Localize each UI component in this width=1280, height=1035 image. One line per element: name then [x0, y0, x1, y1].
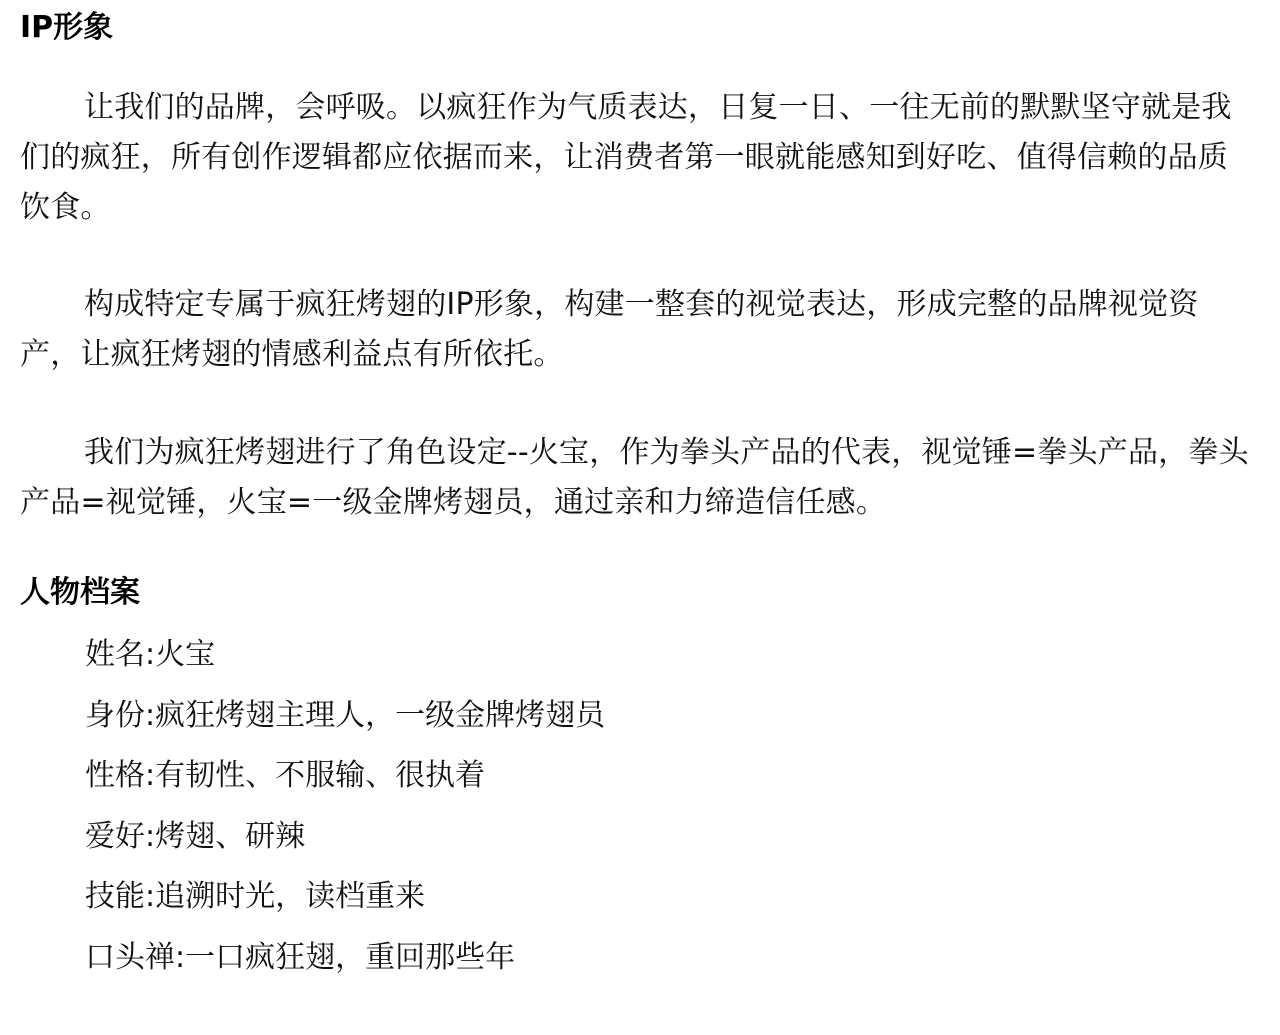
profile-value: 有韧性、不服输、很执着 [155, 758, 485, 793]
profile-value: 疯狂烤翅主理人，一级金牌烤翅员 [155, 698, 605, 733]
profile-value: 一口疯狂翅，重回那些年 [185, 940, 515, 975]
profile-value: 追溯时光，读档重来 [155, 879, 425, 914]
profile-label: 技能: [85, 879, 155, 914]
profile-label: 性格: [85, 758, 155, 793]
profile-item-identity: 身份:疯狂烤翅主理人，一级金牌烤翅员 [85, 691, 605, 752]
profile-label: 姓名: [85, 637, 155, 672]
profile-item-personality: 性格:有韧性、不服输、很执着 [85, 751, 605, 812]
profile-value: 烤翅、研辣 [155, 819, 305, 854]
profile-label: 口头禅: [85, 940, 185, 975]
profile-item-catchphrase: 口头禅:一口疯狂翅，重回那些年 [85, 933, 605, 994]
profile-value: 火宝 [155, 637, 215, 672]
profile-item-skills: 技能:追溯时光，读档重来 [85, 872, 605, 933]
profile-item-hobbies: 爱好:烤翅、研辣 [85, 812, 605, 873]
section-title-character-profile: 人物档案 [20, 573, 140, 613]
section-title-ip-image: IP形象 [20, 8, 113, 48]
profile-item-name: 姓名:火宝 [85, 630, 605, 691]
profile-label: 身份: [85, 698, 155, 733]
paragraph-brand-breath: 让我们的品牌，会呼吸。以疯狂作为气质表达，日复一日、一往无前的默默坚守就是我们的… [20, 83, 1250, 233]
character-profile-list: 姓名:火宝 身份:疯狂烤翅主理人，一级金牌烤翅员 性格:有韧性、不服输、很执着 … [85, 630, 605, 994]
paragraph-character-setting: 我们为疯狂烤翅进行了角色设定--火宝，作为拳头产品的代表，视觉锤=拳头产品，拳头… [20, 428, 1250, 528]
profile-label: 爱好: [85, 819, 155, 854]
paragraph-ip-construction: 构成特定专属于疯狂烤翅的IP形象，构建一整套的视觉表达，形成完整的品牌视觉资产，… [20, 280, 1250, 380]
